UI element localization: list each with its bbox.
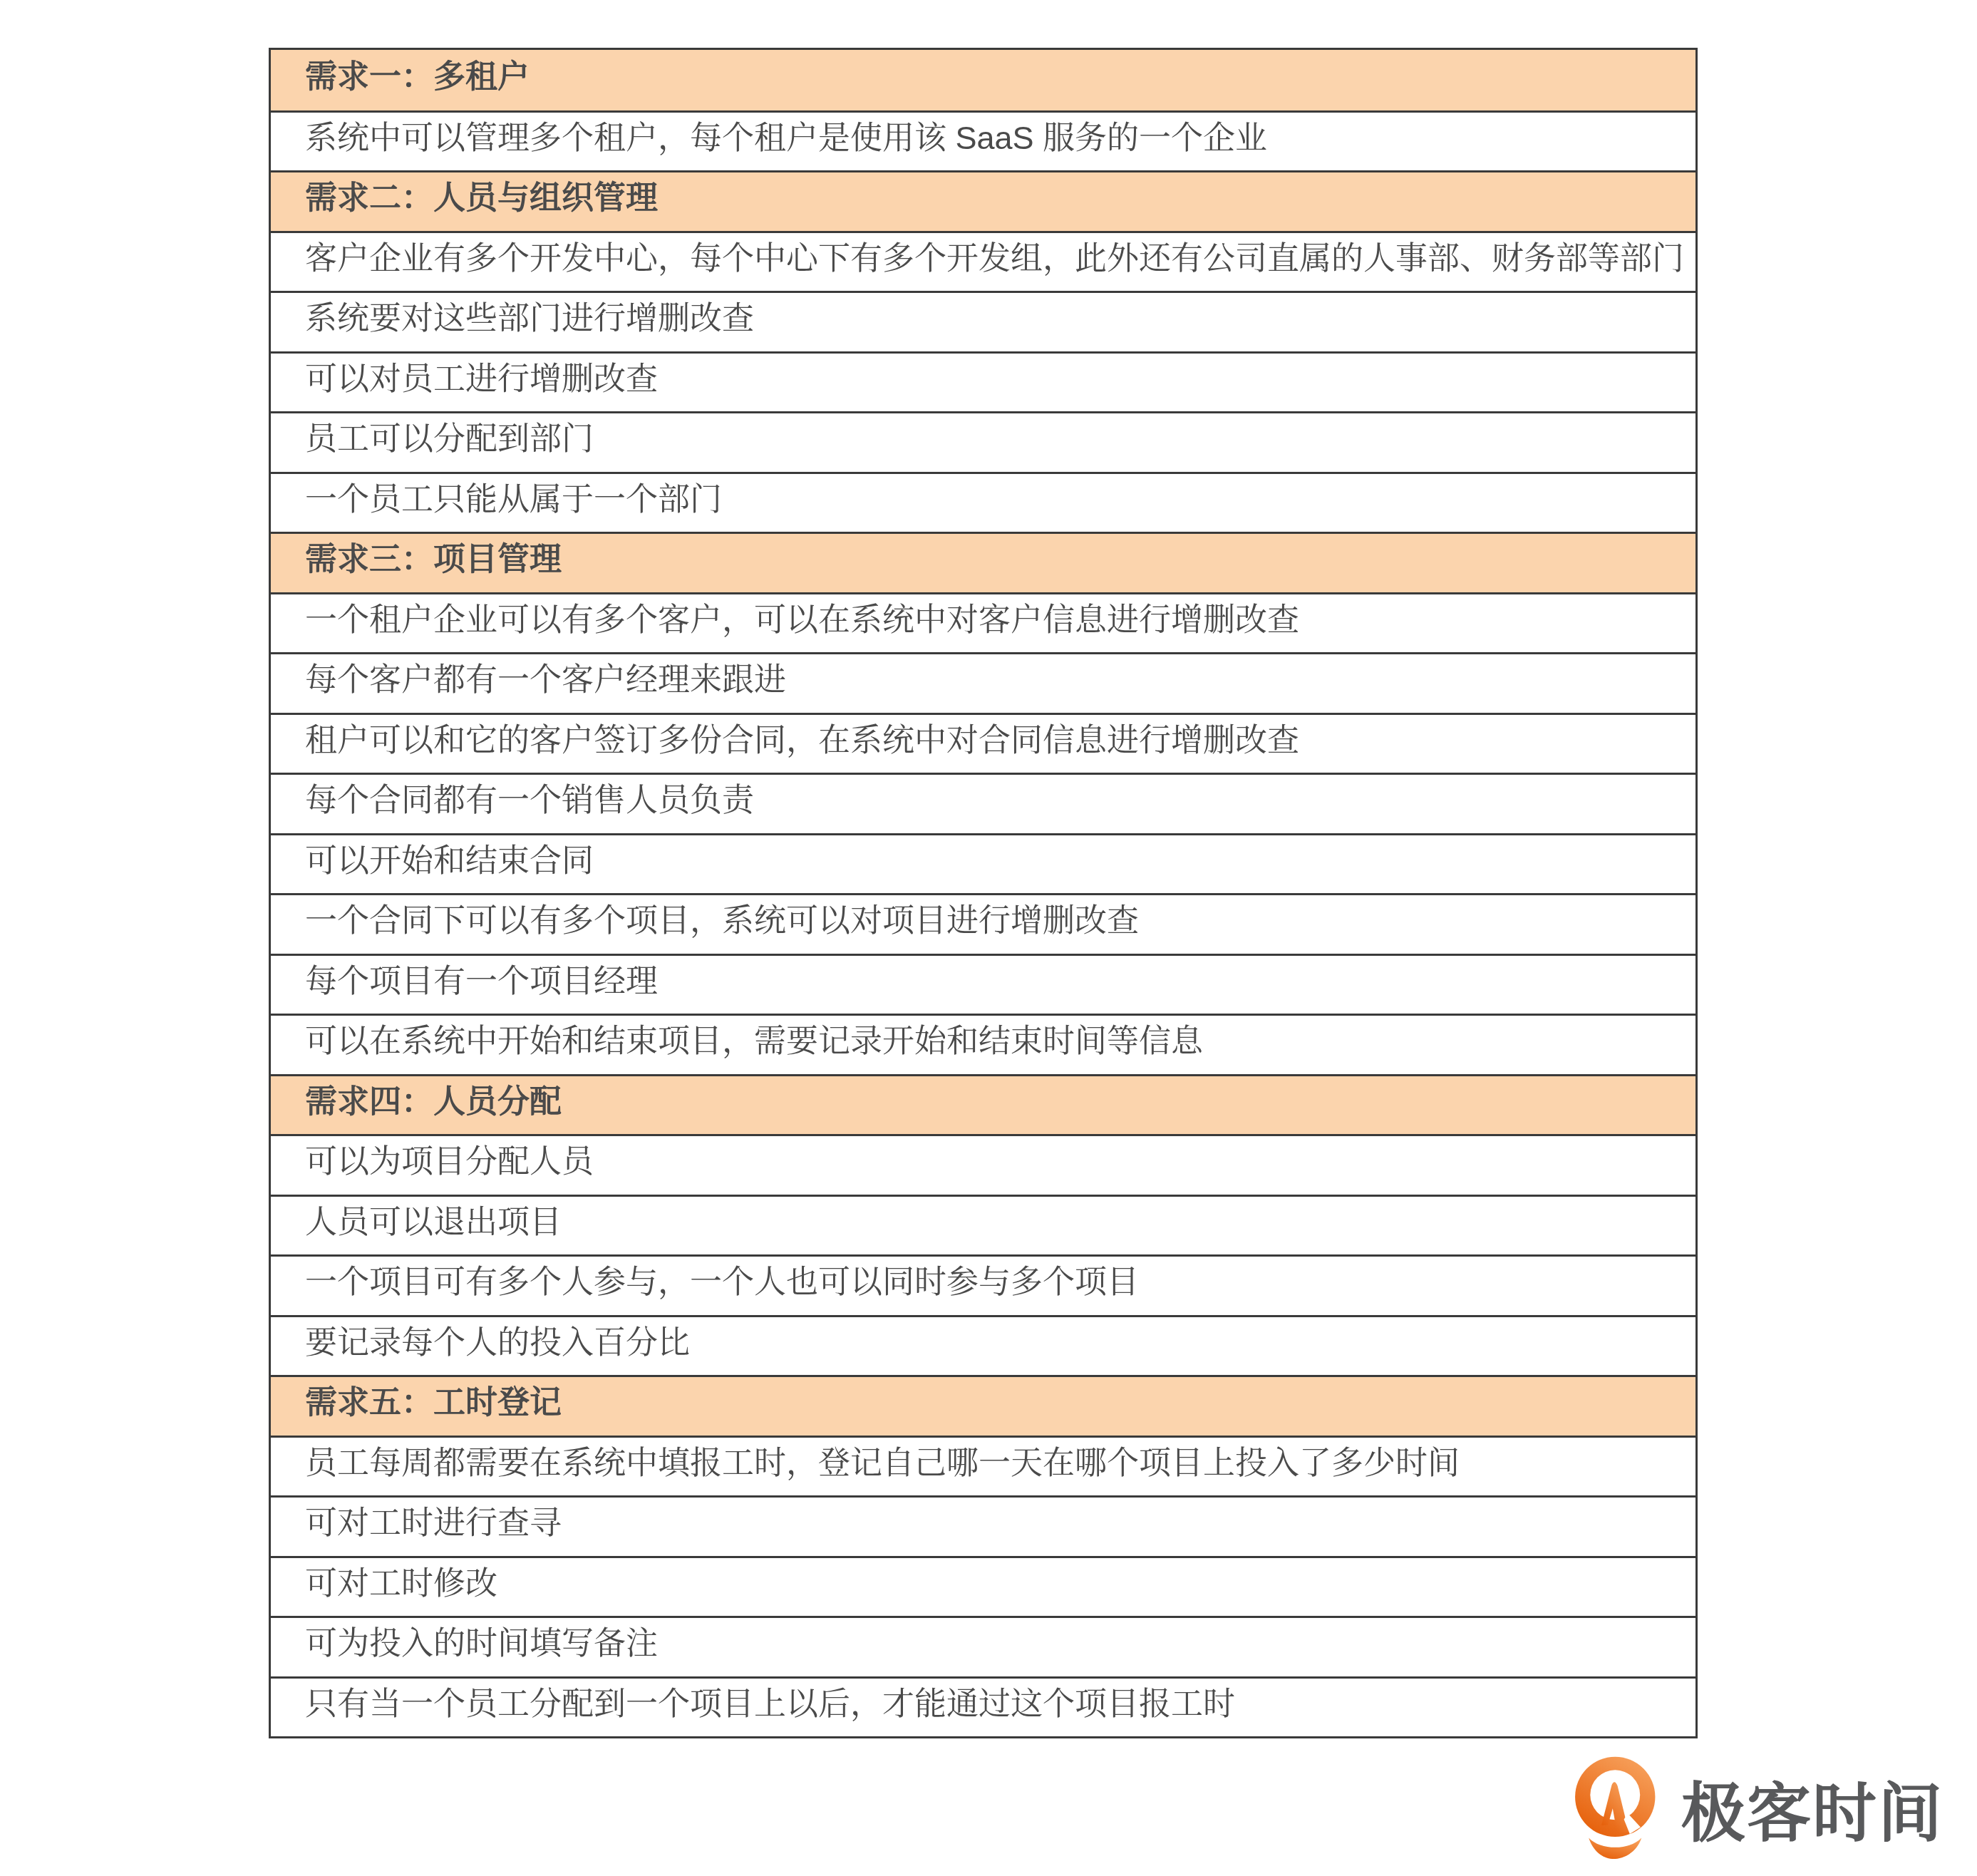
table-row: 可对工时修改 <box>271 1556 1695 1617</box>
row-text: 每个合同都有一个销售人员负责 <box>305 783 754 818</box>
row-text: 可以在系统中开始和结束项目，需要记录开始和结束时间等信息 <box>305 1024 1203 1059</box>
table-row: 每个合同都有一个销售人员负责 <box>271 773 1695 833</box>
table-row: 一个合同下可以有多个项目，系统可以对项目进行增删改查 <box>271 893 1695 954</box>
row-text: 可对工时修改 <box>305 1566 497 1602</box>
table-row: 员工每周都需要在系统中填报工时，登记自己哪一天在哪个项目上投入了多少时间 <box>271 1436 1695 1496</box>
table-row: 每个客户都有一个客户经理来跟进 <box>271 652 1695 713</box>
section-header-row: 需求二：人员与组织管理 <box>271 170 1695 231</box>
row-text: 一个员工只能从属于一个部门 <box>305 482 722 517</box>
table-row: 租户可以和它的客户签订多份合同，在系统中对合同信息进行增删改查 <box>271 713 1695 773</box>
section-header-text: 需求五：工时登记 <box>305 1385 562 1421</box>
table-row: 人员可以退出项目 <box>271 1195 1695 1255</box>
table-row: 一个租户企业可以有多个客户，可以在系统中对客户信息进行增删改查 <box>271 592 1695 653</box>
table-row: 系统中可以管理多个租户，每个租户是使用该 SaaS 服务的一个企业 <box>271 110 1695 171</box>
row-text: 员工每周都需要在系统中填报工时，登记自己哪一天在哪个项目上投入了多少时间 <box>305 1445 1460 1481</box>
row-text: 可为投入的时间填写备注 <box>305 1626 658 1661</box>
requirements-table: 需求一：多租户系统中可以管理多个租户，每个租户是使用该 SaaS 服务的一个企业… <box>269 48 1698 1738</box>
geektime-logo: 极客时间 <box>1563 1755 1944 1860</box>
row-text: 可以对员工进行增删改查 <box>305 361 658 397</box>
row-text: 可以为项目分配人员 <box>305 1144 594 1180</box>
table-row: 要记录每个人的投入百分比 <box>271 1315 1695 1376</box>
section-header-text: 需求二：人员与组织管理 <box>305 180 658 216</box>
section-header-text: 需求四：人员分配 <box>305 1084 562 1120</box>
row-text: 员工可以分配到部门 <box>305 421 594 457</box>
table-row: 可以对员工进行增删改查 <box>271 351 1695 412</box>
geektime-logo-icon <box>1563 1755 1671 1860</box>
table-row: 可以开始和结束合同 <box>271 833 1695 894</box>
table-row: 员工可以分配到部门 <box>271 411 1695 472</box>
row-text: 每个项目有一个项目经理 <box>305 964 658 999</box>
row-text: 可以开始和结束合同 <box>305 843 594 879</box>
geektime-logo-text: 极客时间 <box>1681 1761 1944 1854</box>
row-text: 可对工时进行查寻 <box>305 1505 562 1541</box>
row-text: 要记录每个人的投入百分比 <box>305 1325 690 1361</box>
row-text: 一个合同下可以有多个项目，系统可以对项目进行增删改查 <box>305 903 1139 939</box>
row-text: 一个项目可有多个人参与，一个人也可以同时参与多个项目 <box>305 1264 1139 1300</box>
table-row: 可为投入的时间填写备注 <box>271 1616 1695 1676</box>
section-header-text: 需求一：多租户 <box>305 59 530 95</box>
section-header-row: 需求五：工时登记 <box>271 1375 1695 1436</box>
table-row: 只有当一个员工分配到一个项目上以后，才能通过这个项目报工时 <box>271 1676 1695 1737</box>
row-text: 租户可以和它的客户签订多份合同，在系统中对合同信息进行增删改查 <box>305 723 1299 758</box>
section-header-row: 需求四：人员分配 <box>271 1074 1695 1135</box>
row-text: 系统中可以管理多个租户，每个租户是使用该 SaaS 服务的一个企业 <box>305 120 1267 156</box>
row-text: 一个租户企业可以有多个客户，可以在系统中对客户信息进行增删改查 <box>305 602 1299 638</box>
section-header-text: 需求三：项目管理 <box>305 542 562 577</box>
table-row: 一个项目可有多个人参与，一个人也可以同时参与多个项目 <box>271 1254 1695 1315</box>
row-text: 客户企业有多个开发中心，每个中心下有多个开发组，此外还有公司直属的人事部、财务部… <box>305 241 1684 277</box>
table-row: 可以在系统中开始和结束项目，需要记录开始和结束时间等信息 <box>271 1014 1695 1074</box>
table-row: 一个员工只能从属于一个部门 <box>271 472 1695 532</box>
row-text: 只有当一个员工分配到一个项目上以后，才能通过这个项目报工时 <box>305 1686 1235 1722</box>
table-row: 可以为项目分配人员 <box>271 1134 1695 1195</box>
table-row: 每个项目有一个项目经理 <box>271 954 1695 1014</box>
table-row: 客户企业有多个开发中心，每个中心下有多个开发组，此外还有公司直属的人事部、财务部… <box>271 231 1695 292</box>
row-text: 每个客户都有一个客户经理来跟进 <box>305 662 786 698</box>
section-header-row: 需求一：多租户 <box>271 50 1695 110</box>
table-row: 系统要对这些部门进行增删改查 <box>271 291 1695 351</box>
table-row: 可对工时进行查寻 <box>271 1495 1695 1556</box>
row-text: 系统要对这些部门进行增删改查 <box>305 301 754 336</box>
section-header-row: 需求三：项目管理 <box>271 532 1695 592</box>
row-text: 人员可以退出项目 <box>305 1205 562 1240</box>
